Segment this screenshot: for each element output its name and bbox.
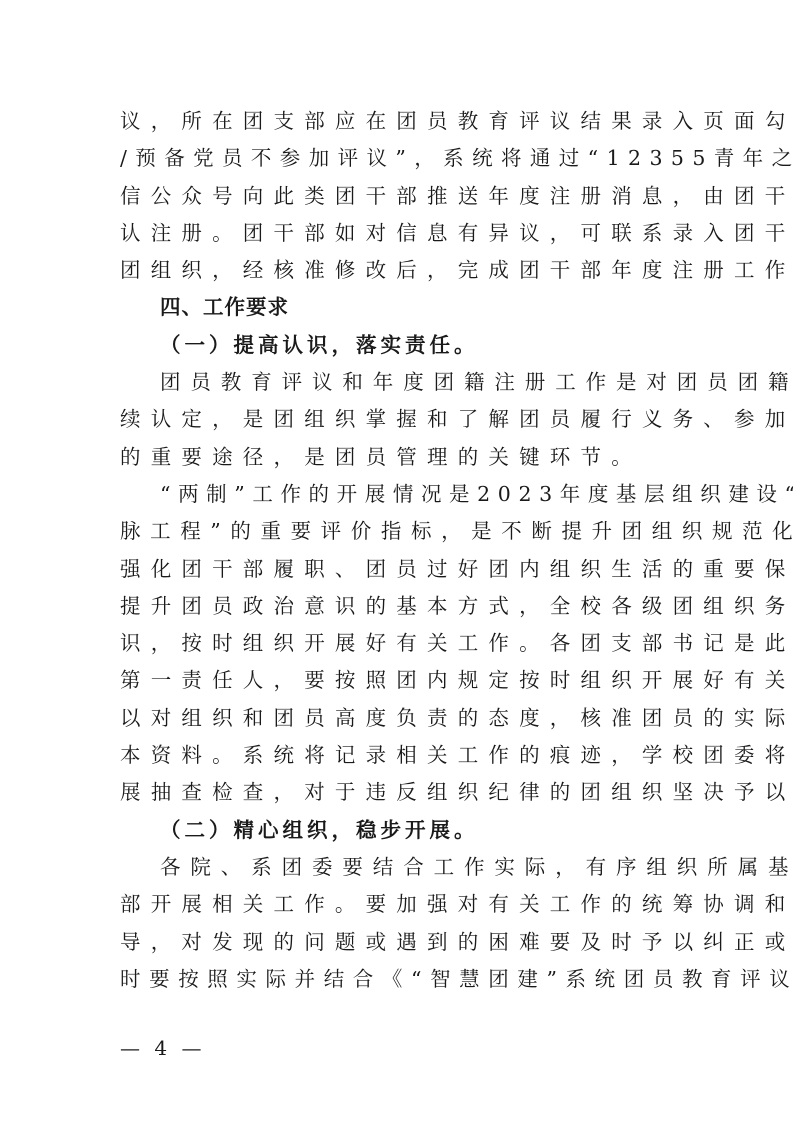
text-line: 信公众号向此类团干部推送年度注册消息，由团干部本人确 (120, 178, 676, 215)
text-line: 导，对发现的问题或遇到的困难要及时予以纠正或解决。同 (120, 924, 676, 961)
text-line: 议，所在团支部应在团员教育评议结果录入页面勾选“党员 (120, 103, 676, 140)
text-line: 强化团干部履职、团员过好团内组织生活的重要保障，也是 (120, 551, 676, 588)
text-line: 团组织，经核准修改后，完成团干部年度注册工作。 (120, 252, 676, 289)
text-line: 的重要途径，是团员管理的关键环节。 (120, 439, 676, 476)
text-line: 展抽查检查，对于违反组织纪律的团组织坚决予以处理。 (120, 774, 676, 811)
text-line: 脉工程”的重要评价指标，是不断提升团组织规范化建设、 (120, 513, 676, 550)
text-line: 各院、系团委要结合工作实际，有序组织所属基层团支 (120, 849, 676, 886)
text-line: 认注册。团干部如对信息有异议，可联系录入团干部信息的 (120, 215, 676, 252)
text-line: /预备党员不参加评议”，系统将通过“12355青年之声”微 (120, 140, 676, 177)
text-line: 以对组织和团员高度负责的态度，核准团员的实际情况和基 (120, 700, 676, 737)
section-heading: 四、工作要求 (120, 289, 676, 326)
text-line: 续认定，是团组织掌握和了解团员履行义务、参加活动情况 (120, 401, 676, 438)
subsection-heading: （一）提高认识，落实责任。 (120, 327, 676, 364)
page-number: — 4 — (120, 1036, 205, 1060)
text-line: “两制”工作的开展情况是2023年度基层组织建设“命 (120, 476, 676, 513)
text-line: 第一责任人，要按照团内规定按时组织开展好有关工作，要 (120, 662, 676, 699)
subsection-heading: （二）精心组织，稳步开展。 (120, 812, 676, 849)
text-line: 团员教育评议和年度团籍注册工作是对团员团籍的连 (120, 364, 676, 401)
text-line: 部开展相关工作。要加强对有关工作的统筹协调和指导督 (120, 886, 676, 923)
text-line: 本资料。系统将记录相关工作的痕迹，学校团委将不定期开 (120, 737, 676, 774)
text-line: 识，按时组织开展好有关工作。各团支部书记是此项工作的 (120, 625, 676, 662)
text-line: 提升团员政治意识的基本方式，全校各级团组织务必提高认 (120, 588, 676, 625)
document-body: 议，所在团支部应在团员教育评议结果录入页面勾选“党员 /预备党员不参加评议”，系… (120, 103, 676, 998)
text-line: 时要按照实际并结合《“智慧团建”系统团员教育评议与年 (120, 961, 676, 998)
